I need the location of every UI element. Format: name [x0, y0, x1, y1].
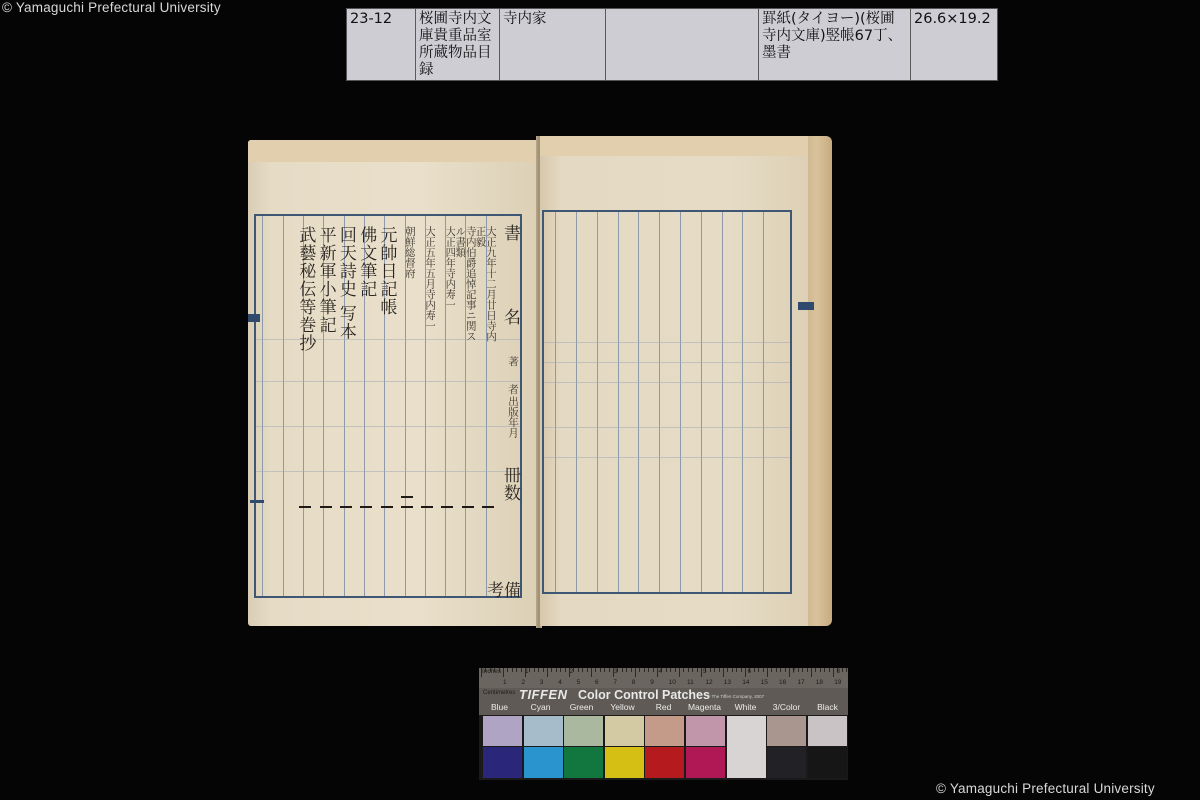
color-patch-solid-black [808, 747, 847, 778]
ruler-tick [824, 668, 825, 672]
ruler-tick [710, 668, 711, 672]
ruler-tick [494, 668, 495, 672]
ruler-tick [595, 668, 596, 672]
tiffen-logo: TIFFEN [519, 687, 568, 702]
ruler-inch-label: 1 [525, 668, 529, 675]
ruler-tick [798, 668, 799, 672]
ruler-inch-label: 5 [703, 668, 707, 675]
chart-title: Color Control Patches [578, 688, 710, 702]
copyright-credit-top: © Yamaguchi Prefectural University [2, 0, 221, 15]
color-control-chart: Inches 123456781234567891011121314151617… [479, 668, 848, 780]
ruler-tick [626, 668, 627, 672]
catalog-creator: 寺内家 [500, 9, 606, 80]
ledger-entry-title: 佛文筆記 [357, 226, 374, 298]
patch-label-blue: Blue [479, 702, 520, 716]
ruler-tick [587, 668, 588, 672]
ledger-entry-title: 寺内伯爵追悼記事ニ関スル書類 [455, 226, 476, 346]
catalog-collection: 桜圃寺内文庫貴重品室所蔵物品目録 [416, 9, 500, 80]
ruler-tick [789, 668, 790, 677]
ledger-entry-title: 大正九年十二月廿日寺内正毅 [475, 226, 496, 346]
volume-count-mark [482, 506, 494, 508]
ruler-cm-label: 17 [797, 679, 804, 686]
ruler-cm-label: 3 [540, 679, 544, 686]
column-rule [555, 212, 556, 592]
ruler-tick [670, 668, 671, 672]
ruler-tick [556, 668, 557, 672]
color-patch-tint-magenta [686, 716, 725, 746]
ruler-tick [653, 668, 654, 672]
ruler-tick [688, 668, 689, 672]
ruler-tick [675, 668, 676, 672]
patch-label-green: Green [561, 702, 602, 716]
color-patch-solid-blue [483, 747, 522, 778]
ruler-tick [631, 668, 632, 672]
ruler-cm-label: 7 [613, 679, 617, 686]
ruler-tick [534, 668, 535, 672]
volume-count-mark [320, 506, 332, 508]
color-patch-solid-yellow [605, 747, 644, 778]
patch-label-yellow: Yellow [602, 702, 643, 716]
ruler-tick [842, 668, 843, 672]
volume-count-mark [462, 506, 474, 508]
ruler-tick [771, 668, 772, 672]
volume-count-mark [299, 506, 311, 508]
ruler-tick [648, 668, 649, 672]
ruler-cm-label: 19 [834, 679, 841, 686]
ruler-tick [701, 668, 702, 677]
column-rule [659, 212, 660, 592]
left-page-ruled-frame: 書名著者出版年月冊数備考大正九年十二月廿日寺内正毅寺内伯爵追悼記事ニ関スル書類大… [254, 214, 522, 598]
ledger-entry-title: 朝鮮総督府 [404, 226, 415, 279]
ruler-tick [485, 668, 486, 672]
ruler-tick [785, 668, 786, 672]
ruler-tick [820, 668, 821, 672]
volume-count-mark [401, 496, 413, 498]
patch-label-cyan: Cyan [520, 702, 561, 716]
ruler-tick [644, 668, 645, 672]
ruler-tick [829, 668, 830, 672]
column-rule [262, 216, 263, 596]
ruler-tick [802, 668, 803, 672]
patch-label-3color: 3/Color [766, 702, 807, 716]
right-page [540, 136, 808, 626]
ruler-inch-label: 8 [837, 668, 841, 675]
ledger-entry-title: 武藝秘伝等巻抄 [296, 226, 313, 352]
left-page-header-label: 出版年月 [508, 396, 519, 438]
ruler-cm-label: 14 [742, 679, 749, 686]
row-rule [544, 382, 790, 383]
ruler-tick [807, 668, 808, 672]
ruler-tick [512, 668, 513, 672]
ruler-cm-label: 15 [761, 679, 768, 686]
patch-label-black: Black [807, 702, 848, 716]
ruler-inch-label: 7 [792, 668, 796, 675]
ruler-tick [732, 668, 733, 672]
column-rule [722, 212, 723, 592]
ruler-tick [639, 668, 640, 672]
color-patch-tint-green [564, 716, 603, 746]
column-rule [763, 212, 764, 592]
index-tab-mark [248, 314, 260, 322]
index-tab-mark [250, 500, 264, 503]
ruler-tick [604, 668, 605, 672]
color-patch-solid-magenta [686, 747, 725, 778]
ruler-cm-label: 9 [650, 679, 654, 686]
ruler-tick [565, 668, 566, 672]
left-page-header-label: 備考 [484, 581, 518, 599]
ruler-tick [780, 668, 781, 672]
color-patch-white [727, 716, 766, 778]
ruler-tick [679, 668, 680, 677]
index-tab-mark [798, 302, 814, 310]
color-patch-tint-red [645, 716, 684, 746]
volume-count-mark [340, 506, 352, 508]
ruler-tick [635, 668, 636, 677]
ruler-tick [754, 668, 755, 672]
ruler-inch-label: 6 [748, 668, 752, 675]
ruler-tick [666, 668, 667, 672]
ruler-tick [516, 668, 517, 672]
ruler-tick [833, 668, 834, 677]
ruler-tick [815, 668, 816, 672]
ruler-tick [499, 668, 500, 672]
ruler-tick [622, 668, 623, 672]
patch-label-white: White [725, 702, 766, 716]
color-patch-tint-cyan [524, 716, 563, 746]
patch-label-magenta: Magenta [684, 702, 725, 716]
left-page-header-label: 著 [508, 356, 519, 367]
ruler-tick [591, 668, 592, 677]
column-rule [618, 212, 619, 592]
ruler-cm-label: 1 [503, 679, 507, 686]
left-page: 書名著者出版年月冊数備考大正九年十二月廿日寺内正毅寺内伯爵追悼記事ニ関スル書類大… [248, 140, 538, 626]
ruler-tick [551, 668, 552, 672]
ruler-tick [758, 668, 759, 672]
ruler-inch-label: 2 [570, 668, 574, 675]
ruler-cm-label: 16 [779, 679, 786, 686]
left-page-header-label: 名 [501, 308, 518, 326]
catalog-blank-cell [606, 9, 759, 80]
column-rule [576, 212, 577, 592]
ruler-tick [507, 668, 508, 672]
ruler-tick [727, 668, 728, 672]
ruler-tick [573, 668, 574, 672]
ruler-inch-label: 4 [659, 668, 663, 675]
book-fore-edge [806, 136, 832, 626]
ledger-entry-title: 平新軍小筆記 [317, 226, 334, 334]
ruler-tick [560, 668, 561, 672]
ruler-cm-label: 5 [577, 679, 581, 686]
column-rule [701, 212, 702, 592]
left-page-header-label: 冊数 [501, 466, 518, 502]
ruler-tick [692, 668, 693, 672]
color-patch-tint-3color [767, 716, 806, 746]
ruler-tick [767, 668, 768, 677]
ledger-entry-title: 大正五年五月寺内寿一 [425, 226, 436, 331]
color-patch-tint-yellow [605, 716, 644, 746]
row-rule [256, 471, 520, 472]
row-rule [544, 427, 790, 428]
ledger-entry-title: 回天詩史 写本 [337, 226, 354, 340]
ruler-tick [521, 668, 522, 672]
row-rule [256, 426, 520, 427]
color-patch-solid-cyan [524, 747, 563, 778]
column-rule [597, 212, 598, 592]
catalog-size: 26.6×19.2 [911, 9, 997, 80]
volume-count-mark [421, 506, 433, 508]
left-page-header-label: 者 [508, 384, 519, 395]
ruler-tick [490, 668, 491, 672]
ruler-tick [582, 668, 583, 672]
volume-count-mark [360, 506, 372, 508]
ruler-cm-label: 2 [521, 679, 525, 686]
catalog-description: 罫紙(タイヨー)(桜圃寺内文庫)竪帳67丁、墨書 [759, 9, 911, 80]
ruler-tick [697, 668, 698, 672]
column-rule [283, 216, 284, 596]
ruler-cm-label: 4 [558, 679, 562, 686]
ruler-cm-label: 13 [724, 679, 731, 686]
patch-label-red: Red [643, 702, 684, 716]
catalog-record-table: 23-12 桜圃寺内文庫貴重品室所蔵物品目録 寺内家 罫紙(タイヨー)(桜圃寺内… [346, 8, 998, 81]
ruler-inch-label: 3 [614, 668, 618, 675]
ledger-entry-title: 大正四年寺内寿一 [445, 226, 456, 310]
ledger-entry-title: 元帥日記帳 [378, 226, 395, 316]
ruler-tick [683, 668, 684, 672]
ruler-tick [736, 668, 737, 672]
color-patch-tint-black [808, 716, 847, 746]
column-rule [742, 212, 743, 592]
row-rule [544, 457, 790, 458]
ruler-tick [714, 668, 715, 672]
ruler: Inches 123456781234567891011121314151617… [479, 668, 848, 689]
ruler-cm-label: 6 [595, 679, 599, 686]
ruler-tick [543, 668, 544, 672]
ruler-tick [763, 668, 764, 672]
volume-count-mark [441, 506, 453, 508]
ruler-tick [741, 668, 742, 672]
ruler-cm-label: 10 [669, 679, 676, 686]
ruler-tick [776, 668, 777, 672]
ruler-tick [481, 668, 482, 677]
volume-count-mark [381, 506, 393, 508]
color-patch-tint-blue [483, 716, 522, 746]
ruler-cm-label: 12 [705, 679, 712, 686]
ruler-tick [547, 668, 548, 677]
ruler-tick [811, 668, 812, 677]
ruler-tick [529, 668, 530, 672]
color-patches [483, 716, 845, 778]
ruler-cm-label: 18 [816, 679, 823, 686]
color-patch-solid-green [564, 747, 603, 778]
row-rule [544, 342, 790, 343]
open-ledger-book: 書名著者出版年月冊数備考大正九年十二月廿日寺内正毅寺内伯爵追悼記事ニ関スル書類大… [248, 136, 832, 628]
row-rule [256, 381, 520, 382]
ruler-centimetres-label: Centimetres [483, 690, 515, 696]
ruler-tick [578, 668, 579, 672]
patch-labels: BlueCyanGreenYellowRedMagentaWhite3/Colo… [479, 702, 848, 716]
ruler-tick [846, 668, 847, 672]
ruler-cm-label: 11 [687, 679, 694, 686]
volume-count-mark [401, 506, 413, 508]
copyright-credit-bottom: © Yamaguchi Prefectural University [936, 781, 1155, 796]
ruler-tick [503, 668, 504, 677]
chart-copyright: © The Tiffen Company, 2007 [707, 694, 764, 699]
left-page-header-label: 書 [501, 224, 518, 242]
ruler-tick [600, 668, 601, 672]
color-patch-solid-3color [767, 747, 806, 778]
catalog-id: 23-12 [347, 9, 416, 80]
ruler-tick [723, 668, 724, 677]
ruler-cm-label: 8 [632, 679, 636, 686]
ruler-tick [609, 668, 610, 672]
column-rule [680, 212, 681, 592]
column-rule [638, 212, 639, 592]
ruler-tick [719, 668, 720, 672]
color-patch-solid-red [645, 747, 684, 778]
ruler-tick [538, 668, 539, 672]
row-rule [544, 362, 790, 363]
right-page-ruled-frame [542, 210, 792, 594]
ruler-tick [745, 668, 746, 677]
